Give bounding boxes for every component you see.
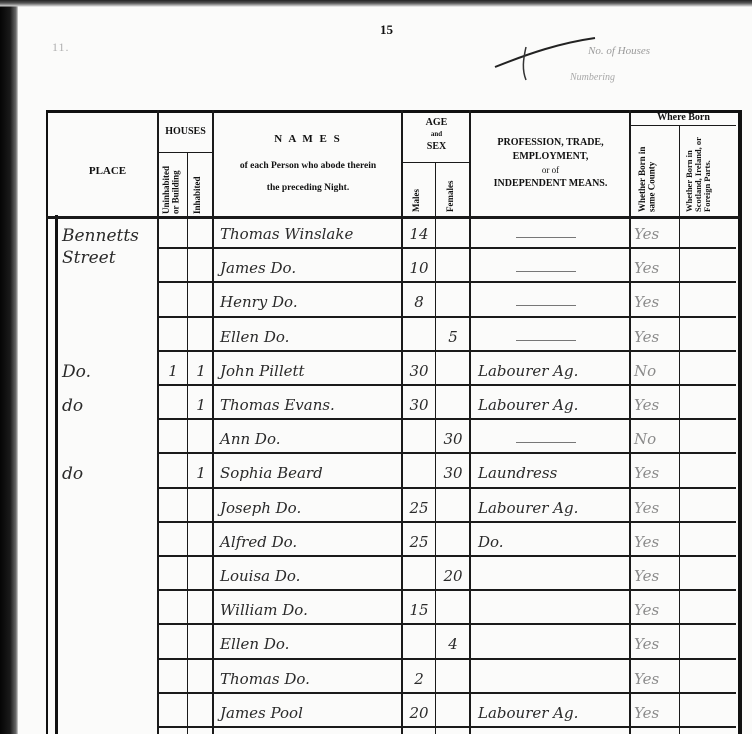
cell-profession: Labourer Ag.: [478, 704, 578, 722]
cell-name: Joseph Do.: [220, 499, 301, 517]
row-rule: [158, 692, 736, 694]
row-rule: [158, 521, 736, 523]
cell-same-county: Yes: [634, 704, 659, 722]
cell-same-county: Yes: [634, 396, 659, 414]
row-rule: [158, 487, 736, 489]
cell-place: Do.: [62, 362, 91, 382]
cell-profession: Labourer Ag.: [478, 362, 578, 380]
col-rule-same-county: [679, 125, 680, 734]
ditto-dash: [516, 271, 576, 272]
cell-place: do: [62, 396, 83, 416]
cell-name: Louisa Do.: [220, 567, 300, 585]
row-rule: [158, 589, 736, 591]
cell-same-county: Yes: [634, 499, 659, 517]
cell-name: William Do.: [220, 601, 308, 619]
header-inhabited: Inhabited: [193, 158, 207, 214]
header-names-sub2: the preceding Night.: [214, 183, 402, 194]
ditto-dash: [516, 305, 576, 306]
header-males: Males: [412, 170, 426, 212]
cell-males: 20: [403, 704, 435, 722]
header-profession-4: INDEPENDENT MEANS.: [471, 178, 630, 190]
cell-inhabited: 1: [190, 362, 212, 380]
col-rule-profession: [629, 110, 631, 734]
header-bottom-rule: [46, 216, 740, 219]
header-profession-3: or of: [471, 165, 630, 175]
margin-note-left: 11.: [52, 40, 70, 55]
header-profession-1: PROFESSION, TRADE,: [471, 137, 630, 149]
cell-females: 30: [437, 430, 469, 448]
header-houses: HOUSES: [158, 126, 213, 138]
page-top-edge: [0, 0, 752, 7]
age-sub-rule: [402, 162, 470, 163]
cell-profession: Do.: [478, 533, 504, 551]
ditto-dash: [516, 237, 576, 238]
cell-females: 4: [437, 635, 469, 653]
cell-females: 20: [437, 567, 469, 585]
cell-males: 2: [403, 670, 435, 688]
cell-inhabited: 1: [190, 396, 212, 414]
cell-place: Bennetts Street: [62, 225, 152, 269]
cell-name: John Pillett: [220, 362, 305, 380]
header-profession-2: EMPLOYMENT,: [471, 151, 630, 163]
row-rule: [158, 384, 736, 386]
houses-sub-rule: [158, 152, 213, 153]
cell-same-county: Yes: [634, 635, 659, 653]
row-rule: [158, 418, 736, 420]
cell-place: do: [62, 464, 83, 484]
header-females: Females: [446, 165, 460, 212]
col-rule-names: [401, 110, 403, 734]
row-rule: [158, 247, 736, 249]
header-uninhabited: Uninhabited or Building: [162, 158, 184, 214]
cell-profession: Laundress: [478, 464, 557, 482]
header-place: PLACE: [58, 165, 157, 178]
header-same-county: Whether Born in same County: [638, 130, 672, 212]
col-rule-females: [469, 110, 471, 734]
table-left-rule: [55, 215, 58, 734]
cell-same-county: Yes: [634, 225, 659, 243]
cell-name: Thomas Do.: [220, 670, 310, 688]
cell-same-county: Yes: [634, 293, 659, 311]
ditto-dash: [516, 340, 576, 341]
tick-mark-icon: [490, 35, 600, 85]
cell-name: Alfred Do.: [220, 533, 297, 551]
cell-same-county: No: [634, 430, 656, 448]
cell-uninhabited: 1: [160, 362, 186, 380]
cell-males: 15: [403, 601, 435, 619]
header-age: AGE: [403, 117, 470, 129]
cell-same-county: No: [634, 362, 656, 380]
row-rule: [158, 452, 736, 454]
cell-males: 25: [403, 533, 435, 551]
row-rule: [158, 726, 736, 728]
col-rule-inhabited: [212, 110, 214, 734]
cell-name: Ellen Do.: [220, 328, 289, 346]
col-rule-uninhabited: [187, 152, 188, 734]
header-sex: SEX: [403, 141, 470, 153]
cell-males: 30: [403, 362, 435, 380]
header-where-born: Where Born: [631, 112, 736, 124]
cell-profession: Labourer Ag.: [478, 499, 578, 517]
cell-same-county: Yes: [634, 601, 659, 619]
page-number: 15: [380, 22, 393, 38]
cell-name: Henry Do.: [220, 293, 298, 311]
cell-name: Thomas Evans.: [220, 396, 335, 414]
cell-males: 30: [403, 396, 435, 414]
cell-name: Ann Do.: [220, 430, 280, 448]
cell-same-county: Yes: [634, 670, 659, 688]
cell-males: 10: [403, 259, 435, 277]
born-sub-rule: [630, 125, 736, 126]
cell-males: 14: [403, 225, 435, 243]
cell-same-county: Yes: [634, 464, 659, 482]
ditto-dash: [516, 442, 576, 443]
cell-males: 25: [403, 499, 435, 517]
row-rule: [158, 281, 736, 283]
book-binding-edge: [0, 0, 18, 734]
header-age-and: and: [403, 130, 470, 138]
cell-females: 30: [437, 464, 469, 482]
cell-profession: Labourer Ag.: [478, 396, 578, 414]
cell-name: Ellen Do.: [220, 635, 289, 653]
cell-males: 8: [403, 293, 435, 311]
row-rule: [158, 658, 736, 660]
cell-same-county: Yes: [634, 567, 659, 585]
row-rule: [158, 623, 736, 625]
row-rule: [158, 555, 736, 557]
cell-name: James Pool: [220, 704, 303, 722]
cell-females: 5: [437, 328, 469, 346]
row-rule: [158, 316, 736, 318]
cell-name: Sophia Beard: [220, 464, 323, 482]
header-scotland: Whether Born in Scotland, Ireland, or Fo…: [685, 130, 731, 212]
row-rule: [158, 350, 736, 352]
cell-name: James Do.: [220, 259, 296, 277]
header-names-sub1: of each Person who abode therein: [214, 161, 402, 172]
header-names: N A M E S: [214, 133, 402, 146]
cell-same-county: Yes: [634, 533, 659, 551]
col-rule-place: [157, 110, 159, 734]
cell-inhabited: 1: [190, 464, 212, 482]
cell-name: Thomas Winslake: [220, 225, 353, 243]
cell-same-county: Yes: [634, 259, 659, 277]
cell-same-county: Yes: [634, 328, 659, 346]
